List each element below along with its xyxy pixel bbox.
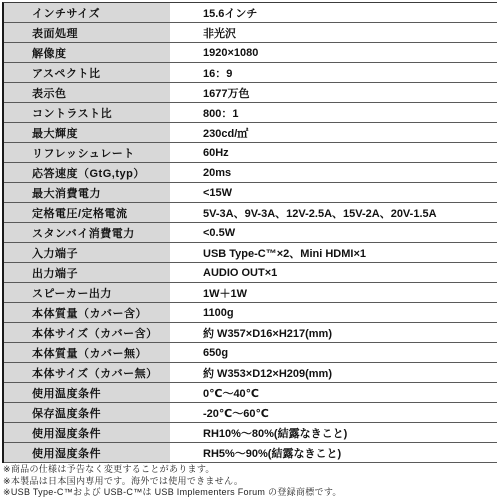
footnote-line: ※USB Type-C™および USB-C™は USB Implementers… [3, 487, 497, 499]
spec-value: 約 W353×D12×H209(mm) [170, 363, 497, 382]
spec-label: 本体質量（カバー含） [4, 303, 170, 322]
spec-value: 20ms [170, 163, 497, 182]
spec-label: 解像度 [4, 43, 170, 62]
spec-value: 約 W357×D16×H217(mm) [170, 323, 497, 342]
spec-label: インチサイズ [4, 3, 170, 22]
table-row: 最大輝度230cd/㎡ [4, 123, 497, 143]
table-row: 本体サイズ（カバー含）約 W357×D16×H217(mm) [4, 323, 497, 343]
spec-label: 使用湿度条件 [4, 443, 170, 462]
table-row: 解像度1920×1080 [4, 43, 497, 63]
table-row: 入力端子USB Type-C™×2、Mini HDMI×1 [4, 243, 497, 263]
spec-value: 15.6インチ [170, 3, 497, 22]
spec-value: 1677万色 [170, 83, 497, 102]
spec-value: 非光沢 [170, 23, 497, 42]
spec-label: 本体サイズ（カバー無） [4, 363, 170, 382]
spec-value: <15W [170, 183, 497, 202]
table-row: アスペクト比16：9 [4, 63, 497, 83]
table-row: 最大消費電力<15W [4, 183, 497, 203]
table-row: 表示色1677万色 [4, 83, 497, 103]
spec-label: 使用温度条件 [4, 383, 170, 402]
spec-value: AUDIO OUT×1 [170, 263, 497, 282]
spec-value: 1920×1080 [170, 43, 497, 62]
spec-value: 1W＋1W [170, 283, 497, 302]
table-row: 使用湿度条件RH5%～90%(結露なきこと) [4, 443, 497, 463]
spec-value: 1100g [170, 303, 497, 322]
footnotes: ※商品の仕様は予告なく変更することがあります。※本製品は日本国内専用です。海外で… [3, 464, 497, 499]
table-row: スピーカー出力1W＋1W [4, 283, 497, 303]
spec-label: スタンバイ消費電力 [4, 223, 170, 242]
spec-value: 16：9 [170, 63, 497, 82]
spec-value: 60Hz [170, 143, 497, 162]
table-row: リフレッシュレート60Hz [4, 143, 497, 163]
table-row: コントラスト比800：1 [4, 103, 497, 123]
spec-label: 保存温度条件 [4, 403, 170, 422]
table-row: 使用湿度条件RH10%～80%(結露なきこと) [4, 423, 497, 443]
spec-value: 5V-3A、9V-3A、12V-2.5A、15V-2A、20V-1.5A [170, 203, 497, 222]
table-row: 定格電圧/定格電流5V-3A、9V-3A、12V-2.5A、15V-2A、20V… [4, 203, 497, 223]
spec-value: <0.5W [170, 223, 497, 242]
spec-label: リフレッシュレート [4, 143, 170, 162]
spec-value: 0℃～40℃ [170, 383, 497, 402]
spec-value: USB Type-C™×2、Mini HDMI×1 [170, 243, 497, 262]
spec-label: 最大輝度 [4, 123, 170, 142]
spec-label: 使用湿度条件 [4, 423, 170, 442]
table-row: 本体質量（カバー無）650g [4, 343, 497, 363]
spec-label: スピーカー出力 [4, 283, 170, 302]
table-row: 使用温度条件0℃～40℃ [4, 383, 497, 403]
spec-label: 本体質量（カバー無） [4, 343, 170, 362]
spec-label: 出力端子 [4, 263, 170, 282]
table-row: スタンバイ消費電力<0.5W [4, 223, 497, 243]
table-row: 応答速度（GtG,typ）20ms [4, 163, 497, 183]
spec-label: 入力端子 [4, 243, 170, 262]
spec-table: インチサイズ15.6インチ表面処理非光沢解像度1920×1080アスペクト比16… [2, 2, 497, 463]
spec-label: 定格電圧/定格電流 [4, 203, 170, 222]
spec-value: 230cd/㎡ [170, 123, 497, 142]
spec-label: 最大消費電力 [4, 183, 170, 202]
spec-value: 800：1 [170, 103, 497, 122]
table-row: 表面処理非光沢 [4, 23, 497, 43]
spec-label: コントラスト比 [4, 103, 170, 122]
footnote-line: ※本製品は日本国内専用です。海外では使用できません。 [3, 476, 497, 488]
table-row: 本体サイズ（カバー無）約 W353×D12×H209(mm) [4, 363, 497, 383]
spec-label: 表示色 [4, 83, 170, 102]
table-row: 出力端子AUDIO OUT×1 [4, 263, 497, 283]
spec-value: RH5%～90%(結露なきこと) [170, 443, 497, 462]
spec-label: 表面処理 [4, 23, 170, 42]
spec-value: RH10%～80%(結露なきこと) [170, 423, 497, 442]
table-row: 本体質量（カバー含）1100g [4, 303, 497, 323]
spec-label: 応答速度（GtG,typ） [4, 163, 170, 182]
spec-label: 本体サイズ（カバー含） [4, 323, 170, 342]
table-row: 保存温度条件-20℃～60℃ [4, 403, 497, 423]
footnote-line: ※商品の仕様は予告なく変更することがあります。 [3, 464, 497, 476]
spec-value: 650g [170, 343, 497, 362]
spec-value: -20℃～60℃ [170, 403, 497, 422]
table-row: インチサイズ15.6インチ [4, 3, 497, 23]
spec-label: アスペクト比 [4, 63, 170, 82]
